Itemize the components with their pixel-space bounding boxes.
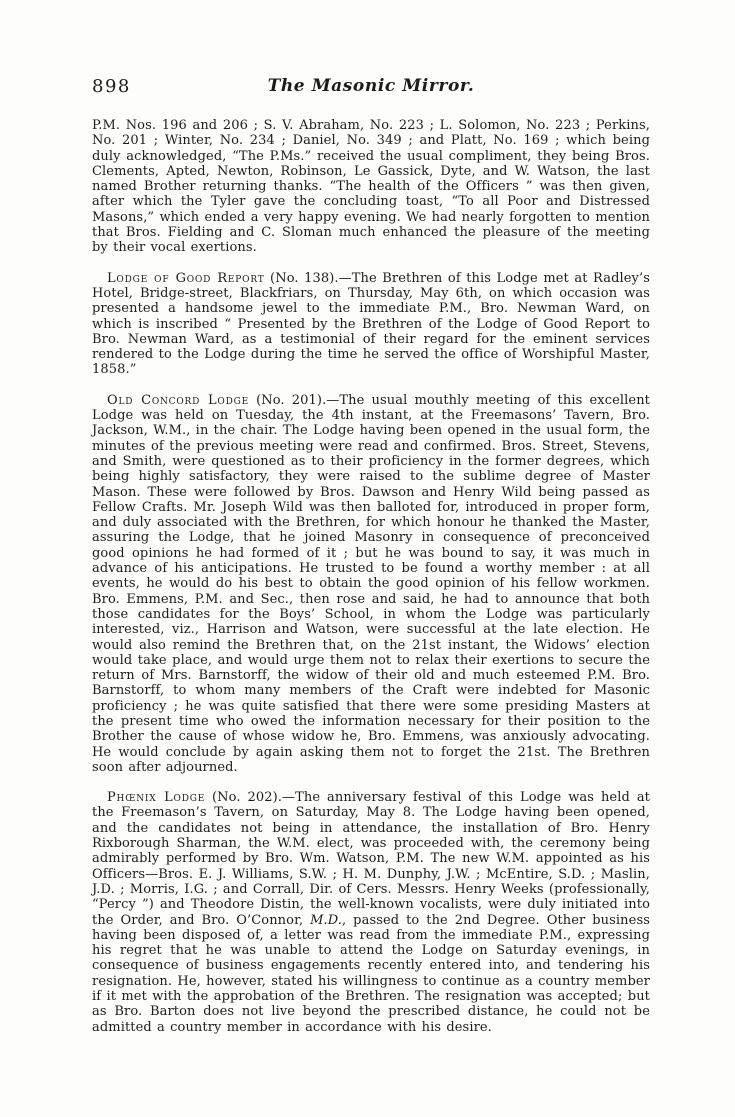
lodge-name: Phœnix Lodge — [107, 790, 205, 805]
lodge-name: Old Concord Lodge — [107, 393, 249, 408]
paragraph-continuation: P.M. Nos. 196 and 206 ; S. V. Abraham, N… — [92, 118, 650, 256]
paragraph-lodge-of-good-report: Lodge of Good Report (No. 138).—The Bret… — [92, 271, 650, 378]
paragraph-old-concord-lodge: Old Concord Lodge (No. 201).—The usual m… — [92, 393, 650, 775]
page-header: 898 The Masonic Mirror. — [92, 76, 650, 98]
lodge-name: Lodge of Good Report — [107, 271, 265, 286]
paragraph-text: (No. 202).—The anniversary festival of t… — [92, 790, 650, 927]
paragraph-text-continued: , passed to the 2nd Degree. Other busine… — [92, 913, 650, 1035]
paragraph-phoenix-lodge: Phœnix Lodge (No. 202).—The anniversary … — [92, 790, 650, 1035]
page-body: P.M. Nos. 196 and 206 ; S. V. Abraham, N… — [92, 118, 650, 1035]
paragraph-text: (No. 138).—The Brethren of this Lodge me… — [92, 271, 650, 378]
paragraph-italic-abbreviation: M.D. — [310, 913, 342, 928]
paragraph-text: P.M. Nos. 196 and 206 ; S. V. Abraham, N… — [92, 118, 650, 255]
journal-title: The Masonic Mirror. — [268, 76, 475, 96]
scanned-page: 898 The Masonic Mirror. P.M. Nos. 196 an… — [0, 0, 735, 1117]
page-number: 898 — [92, 76, 131, 97]
paragraph-text: (No. 201).—The usual mouthly meeting of … — [92, 393, 650, 775]
